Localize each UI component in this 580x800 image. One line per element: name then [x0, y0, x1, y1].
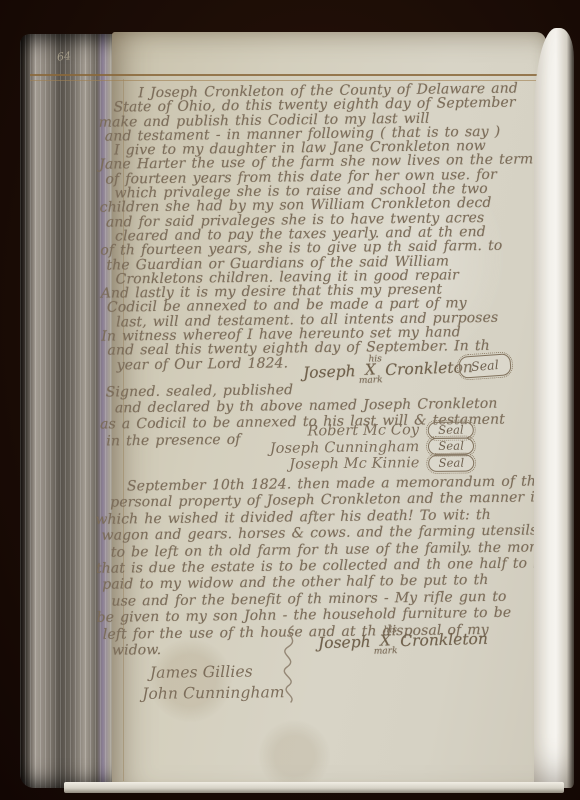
memorandum-witness-signatures: James GilliesJohn Cunningham	[150, 661, 285, 705]
witness-name: Joseph Cunningham	[270, 439, 420, 457]
seal-stamp: Seal	[428, 454, 474, 472]
his-mark: his X mark	[373, 626, 397, 657]
signature-given-name: Joseph	[303, 362, 356, 382]
witness-signature: James Gillies	[150, 661, 285, 684]
witness-row: Joseph Mc Kinnie Seal	[222, 454, 474, 474]
seal-label: Seal	[438, 455, 464, 469]
signature-joseph-cronkleton-memorandum: Joseph his X mark Cronkleton	[318, 624, 489, 658]
witness-name: Joseph Mc Kinnie	[289, 455, 420, 473]
seal-label: Seal	[438, 422, 464, 436]
bottom-page-edge	[64, 782, 564, 793]
seal-label: Seal	[438, 439, 464, 453]
fore-edge-right	[534, 28, 574, 788]
page-number: 64	[56, 49, 71, 63]
record-book-photo: 64 I Joseph Cronkleton of the County of …	[0, 0, 580, 800]
mark-label: mark	[374, 647, 398, 657]
book-page-edges-left	[20, 34, 116, 788]
codicil-body-text: I Joseph Cronkleton of the County of Del…	[104, 81, 536, 372]
signature-given-name: Joseph	[318, 633, 371, 652]
signature-surname: Cronkleton	[400, 630, 488, 650]
witness-name: Robert Mc Coy	[307, 422, 419, 439]
witness-list: Robert Mc Coy Seal Joseph Cunningham Sea…	[222, 421, 475, 474]
seal-stamp: Seal	[458, 353, 511, 379]
header-rule-line	[30, 74, 544, 81]
witness-signature: John Cunningham	[142, 682, 285, 705]
seal-label: Seal	[470, 357, 499, 374]
